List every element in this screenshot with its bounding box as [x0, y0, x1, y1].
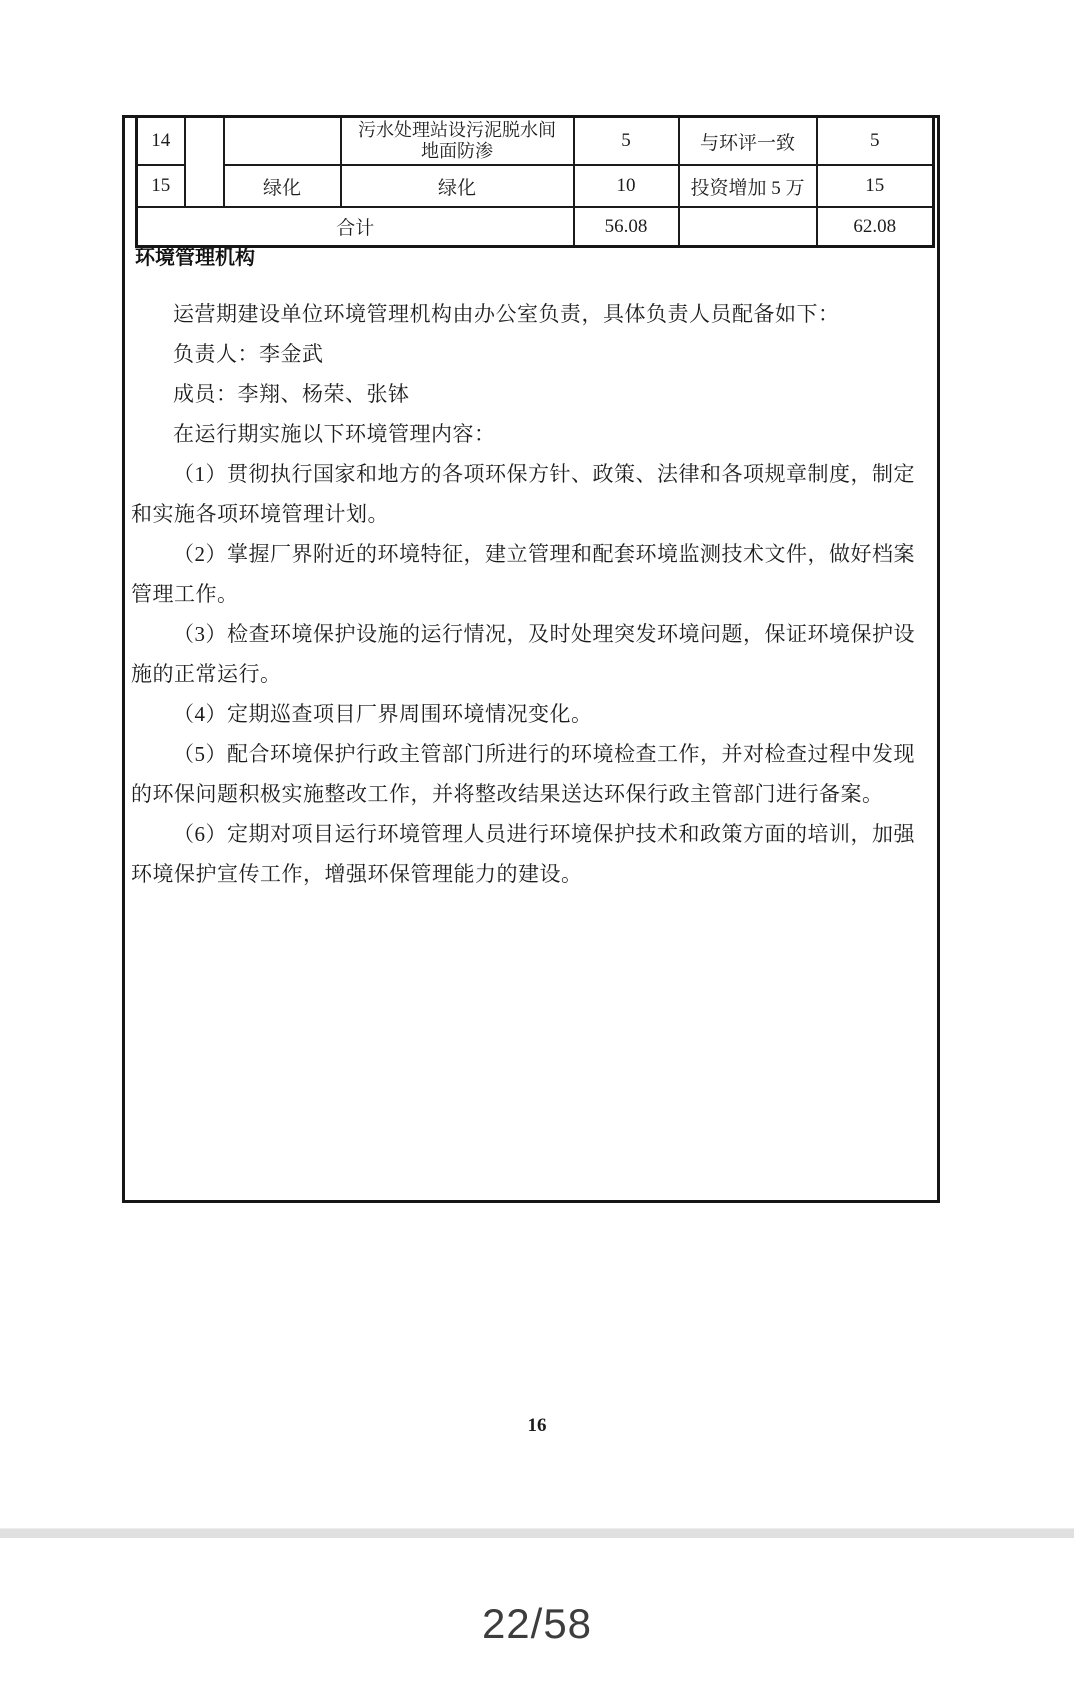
cell-approved: 5: [817, 117, 934, 166]
cell-category: 绿化: [224, 165, 341, 207]
page-separator: [0, 1528, 1074, 1538]
cell-category: [224, 117, 341, 166]
body-line: 负责人：李金武: [131, 334, 929, 374]
cell-value: 10: [574, 165, 679, 207]
body-line: 管理工作。: [131, 574, 929, 614]
body-line: （2）掌握厂界附近的环境特征，建立管理和配套环境监测技术文件，做好档案: [131, 534, 929, 574]
document-page: 14 污水处理站设污泥脱水间 地面防渗 5 与环评一致 5 15 绿化: [0, 0, 1074, 1528]
table-row: 14 污水处理站设污泥脱水间 地面防渗 5 与环评一致 5: [137, 117, 934, 166]
cell-description: 绿化: [341, 165, 574, 207]
body-line: （5）配合环境保护行政主管部门所进行的环境检查工作，并对检查过程中发现: [131, 734, 929, 774]
body-line: （3）检查环境保护设施的运行情况，及时处理突发环境问题，保证环境保护设: [131, 614, 929, 654]
cell-total-value: 56.08: [574, 207, 679, 247]
cell-row-num: 14: [137, 117, 185, 166]
body-line: 环境保护宣传工作，增强环保管理能力的建设。: [131, 854, 929, 894]
description-line: 污水处理站设污泥脱水间: [344, 120, 571, 141]
body-line: 成员：李翔、杨荣、张钵: [131, 374, 929, 414]
description-line: 地面防渗: [344, 141, 571, 162]
body-line: 施的正常运行。: [131, 654, 929, 694]
page-indicator: 22/58: [0, 1600, 1074, 1648]
cell-total-remark: [679, 207, 817, 247]
document-page-number: 16: [0, 1415, 1074, 1437]
body-line: 在运行期实施以下环境管理内容：: [131, 414, 929, 454]
cell-total-label: 合计: [137, 207, 574, 247]
body-line: 运营期建设单位环境管理机构由办公室负责，具体负责人员配备如下：: [131, 294, 929, 334]
cell-row-num: 15: [137, 165, 185, 207]
body-line: （4）定期巡查项目厂界周围环境情况变化。: [131, 694, 929, 734]
cell-total-approved: 62.08: [817, 207, 934, 247]
cell-remark: 投资增加 5 万: [679, 165, 817, 207]
body-line: （6）定期对项目运行环境管理人员进行环境保护技术和政策方面的培训，加强: [131, 814, 929, 854]
cell-merged-empty: [185, 117, 224, 208]
cell-description: 污水处理站设污泥脱水间 地面防渗: [341, 117, 574, 166]
body-line: （1）贯彻执行国家和地方的各项环保方针、政策、法律和各项规章制度，制定: [131, 454, 929, 494]
cell-approved: 15: [817, 165, 934, 207]
cell-remark: 与环评一致: [679, 117, 817, 166]
page-border-frame: 14 污水处理站设污泥脱水间 地面防渗 5 与环评一致 5 15 绿化: [122, 115, 940, 1203]
body-line: 和实施各项环境管理计划。: [131, 494, 929, 534]
section-body: 运营期建设单位环境管理机构由办公室负责，具体负责人员配备如下： 负责人：李金武 …: [131, 294, 929, 894]
cell-value: 5: [574, 117, 679, 166]
measures-table: 14 污水处理站设污泥脱水间 地面防渗 5 与环评一致 5 15 绿化: [135, 115, 935, 248]
body-line: 的环保问题积极实施整改工作，并将整改结果送达环保行政主管部门进行备案。: [131, 774, 929, 814]
table-total-row: 合计 56.08 62.08: [137, 207, 934, 247]
document-viewer[interactable]: 14 污水处理站设污泥脱水间 地面防渗 5 与环评一致 5 15 绿化: [0, 0, 1074, 1690]
section-heading: 环境管理机构: [131, 244, 929, 272]
env-management-section: 环境管理机构 运营期建设单位环境管理机构由办公室负责，具体负责人员配备如下： 负…: [131, 244, 929, 894]
table-row: 15 绿化 绿化 10 投资增加 5 万 15: [137, 165, 934, 207]
